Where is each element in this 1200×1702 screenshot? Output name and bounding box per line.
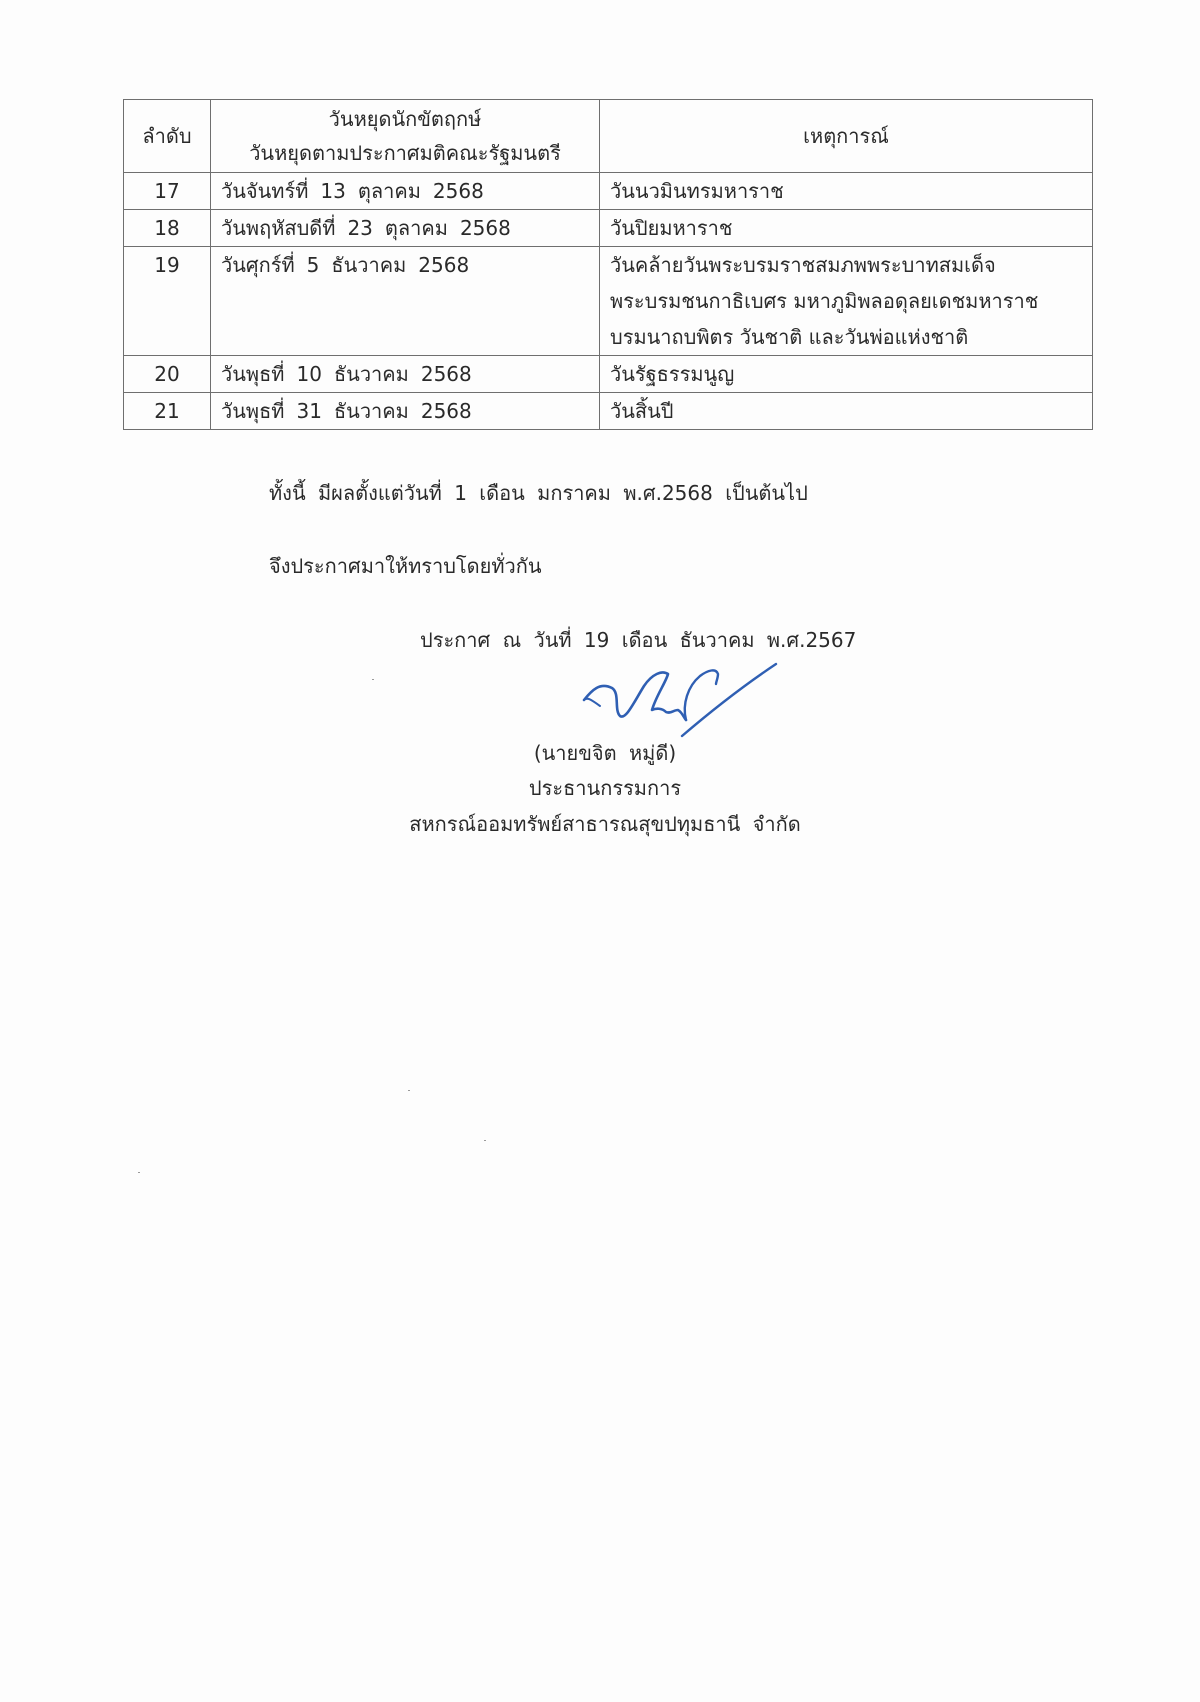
scan-speck xyxy=(484,1140,486,1141)
header-number: ลำดับ xyxy=(124,100,211,173)
row-date: วันพุธที่10ธันวาคม2568 xyxy=(211,356,600,393)
date-month: ธันวาคม xyxy=(334,399,409,423)
row-event: วันคล้ายวันพระบรมราชสมภพพระบาทสมเด็จพระบ… xyxy=(600,247,1093,356)
document-page: ลำดับ วันหยุดนักขัตฤกษ์ วันหยุดตามประกาศ… xyxy=(0,0,1200,1702)
signatory-name: (นายขจิต หมู่ดี) xyxy=(5,736,1200,770)
table-row: 21วันพุธที่31ธันวาคม2568วันสิ้นปี xyxy=(124,393,1093,430)
event-line: วันรัฐธรรมนูญ xyxy=(610,356,1092,392)
row-number: 20 xyxy=(124,356,211,393)
scan-speck xyxy=(372,679,374,680)
header-date: วันหยุดนักขัตฤกษ์ วันหยุดตามประกาศมติคณะ… xyxy=(211,100,600,173)
row-event: วันรัฐธรรมนูญ xyxy=(600,356,1093,393)
row-number: 21 xyxy=(124,393,211,430)
header-date-line2: วันหยุดตามประกาศมติคณะรัฐมนตรี xyxy=(211,136,599,170)
date-day: 5 xyxy=(307,253,320,277)
table-row: 19วันศุกร์ที่5ธันวาคม2568วันคล้ายวันพระบ… xyxy=(124,247,1093,356)
signatory-organization-text: สหกรณ์ออมทรัพย์สาธารณสุขปทุมธานี จำกัด xyxy=(409,812,800,836)
date-year: 2568 xyxy=(433,179,484,203)
announcement-statement: จึงประกาศมาให้ทราบโดยทั่วกัน xyxy=(269,551,542,581)
date-year: 2568 xyxy=(460,216,511,240)
row-number: 18 xyxy=(124,210,211,247)
table-row: 18วันพฤหัสบดีที่23ตุลาคม2568วันปิยมหาราช xyxy=(124,210,1093,247)
row-date: วันศุกร์ที่5ธันวาคม2568 xyxy=(211,247,600,356)
event-line: บรมนาถบพิตร วันชาติ และวันพ่อแห่งชาติ xyxy=(610,319,1092,355)
date-year: 2568 xyxy=(421,362,472,386)
holiday-table: ลำดับ วันหยุดนักขัตฤกษ์ วันหยุดตามประกาศ… xyxy=(123,99,1093,430)
row-date: วันพฤหัสบดีที่23ตุลาคม2568 xyxy=(211,210,600,247)
date-month: ธันวาคม xyxy=(331,253,406,277)
date-weekday: วันศุกร์ที่ xyxy=(221,253,295,277)
row-number: 19 xyxy=(124,247,211,356)
header-event: เหตุการณ์ xyxy=(600,100,1093,173)
signatory-organization: สหกรณ์ออมทรัพย์สาธารณสุขปทุมธานี จำกัด xyxy=(5,807,1200,841)
date-day: 31 xyxy=(296,399,321,423)
date-year: 2568 xyxy=(418,253,469,277)
row-date: วันจันทร์ที่13ตุลาคม2568 xyxy=(211,173,600,210)
event-line: วันปิยมหาราช xyxy=(610,210,1092,246)
date-weekday: วันพุธที่ xyxy=(221,362,284,386)
header-date-line1: วันหยุดนักขัตฤกษ์ xyxy=(211,102,599,136)
row-date: วันพุธที่31ธันวาคม2568 xyxy=(211,393,600,430)
date-month: ตุลาคม xyxy=(358,179,421,203)
date-weekday: วันพุธที่ xyxy=(221,399,284,423)
date-day: 23 xyxy=(347,216,372,240)
event-line: วันคล้ายวันพระบรมราชสมภพพระบาทสมเด็จ xyxy=(610,247,1092,283)
date-weekday: วันจันทร์ที่ xyxy=(221,179,308,203)
announced-date: ประกาศ ณ วันที่ 19 เดือน ธันวาคม พ.ศ.256… xyxy=(420,625,856,655)
date-weekday: วันพฤหัสบดีที่ xyxy=(221,216,335,240)
signature-image xyxy=(570,660,780,740)
table-header-row: ลำดับ วันหยุดนักขัตฤกษ์ วันหยุดตามประกาศ… xyxy=(124,100,1093,173)
date-day: 13 xyxy=(320,179,345,203)
date-day: 10 xyxy=(296,362,321,386)
date-month: ธันวาคม xyxy=(334,362,409,386)
table-row: 20วันพุธที่10ธันวาคม2568วันรัฐธรรมนูญ xyxy=(124,356,1093,393)
row-number: 17 xyxy=(124,173,211,210)
table-row: 17วันจันทร์ที่13ตุลาคม2568วันนวมินทรมหาร… xyxy=(124,173,1093,210)
date-year: 2568 xyxy=(421,399,472,423)
row-event: วันสิ้นปี xyxy=(600,393,1093,430)
event-line: พระบรมชนกาธิเบศร มหาภูมิพลอดุลยเดชมหาราช xyxy=(610,283,1092,319)
scan-speck xyxy=(138,1172,140,1173)
event-line: วันนวมินทรมหาราช xyxy=(610,173,1092,209)
effective-statement: ทั้งนี้ มีผลตั้งแต่วันที่ 1 เดือน มกราคม… xyxy=(269,478,808,508)
scan-speck xyxy=(408,1090,410,1091)
event-line: วันสิ้นปี xyxy=(610,393,1092,429)
row-event: วันนวมินทรมหาราช xyxy=(600,173,1093,210)
signatory-position: ประธานกรรมการ xyxy=(5,771,1200,805)
table-body: 17วันจันทร์ที่13ตุลาคม2568วันนวมินทรมหาร… xyxy=(124,173,1093,430)
date-month: ตุลาคม xyxy=(385,216,448,240)
row-event: วันปิยมหาราช xyxy=(600,210,1093,247)
signatory-name-text: (นายขจิต หมู่ดี) xyxy=(534,741,676,765)
